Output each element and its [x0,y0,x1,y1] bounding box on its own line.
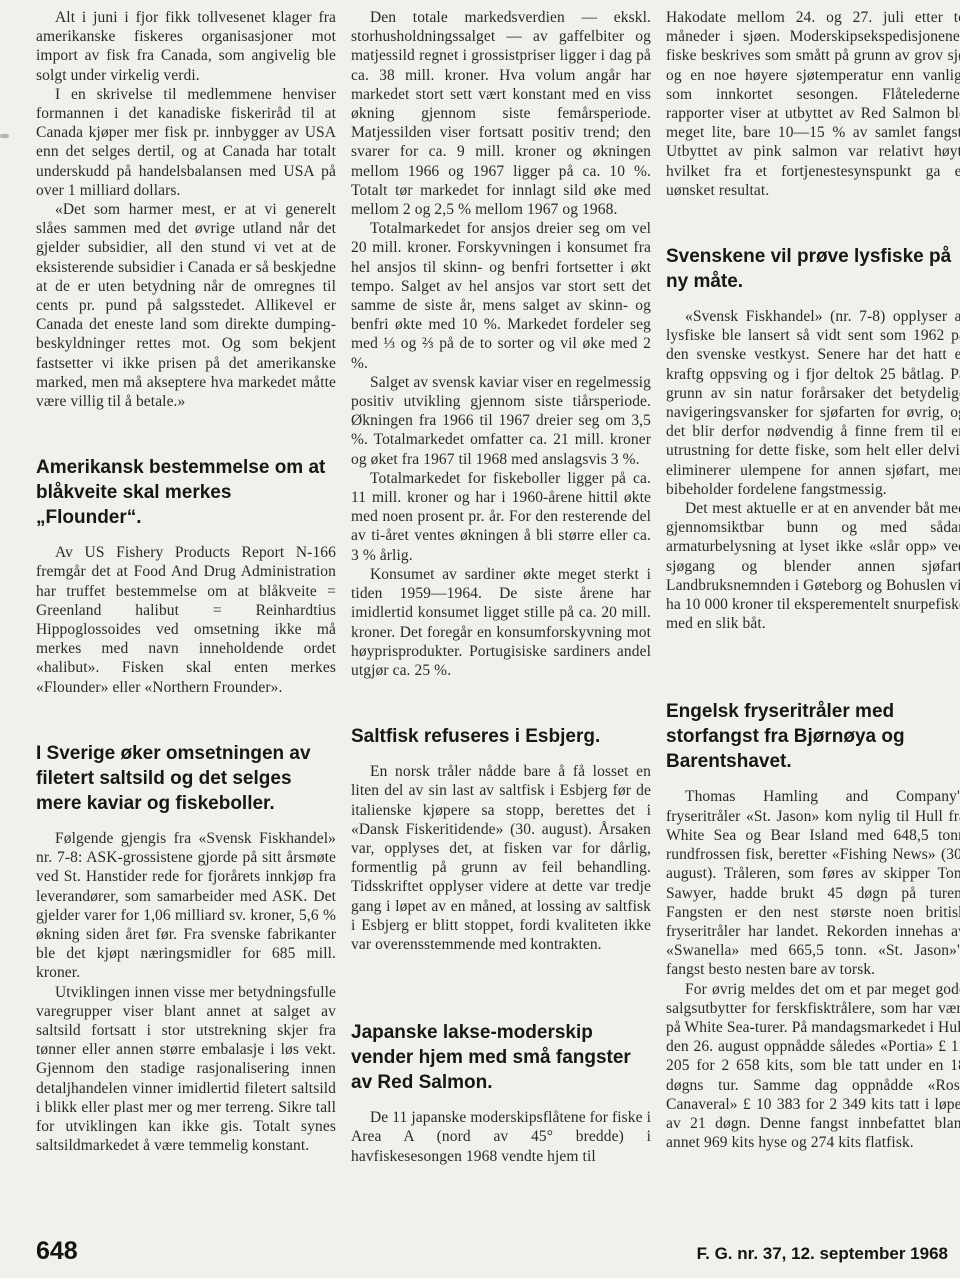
article-paragraph: Thomas Hamling and Company's fryseritrål… [666,787,960,979]
article-heading-flounder: Amerikansk bestemmelse om at blåkveite s… [36,455,336,530]
article-paragraph: «Svensk Fiskhandel» (nr. 7-8) opplyser a… [666,307,960,499]
article-paragraph: Den totale markedsverdien — ekskl. storh… [351,8,651,219]
article-heading-engelsk-fryseritraler: Engelsk fryseritråler med storfangst fra… [666,699,960,774]
article-heading-svenskene-lysfiske: Svenskene vil prøve lysfiske på ny måte. [666,244,960,294]
three-column-layout: Alt i juni i fjor fikk tollvesenet klage… [0,0,960,1248]
article-paragraph: Konsumet av sardiner økte meget sterkt i… [351,565,651,680]
article-heading-saltfisk-esbjerg: Saltfisk refuseres i Esbjerg. [351,724,651,749]
article-paragraph: «Det som harmer mest, er at vi generelt … [36,200,336,411]
article-paragraph: Hakodate mellom 24. og 27. juli etter to… [666,8,960,200]
text-column-right: Hakodate mellom 24. og 27. juli etter to… [666,8,960,1248]
page-number: 648 [36,1237,78,1266]
journal-issue-line: F. G. nr. 37, 12. september 1968 [697,1244,948,1264]
article-paragraph: Totalmarkedet for ansjos dreier seg om v… [351,219,651,373]
text-column-left: Alt i juni i fjor fikk tollvesenet klage… [36,8,336,1248]
article-heading-sverige-saltsild: I Sverige øker omsetningen av filetert s… [36,741,336,816]
article-paragraph: Totalmarkedet for fiskeboller ligger på … [351,469,651,565]
article-paragraph: Salget av svensk kaviar viser en regelme… [351,373,651,469]
text-column-middle: Den totale markedsverdien — ekskl. storh… [351,8,651,1248]
article-paragraph: De 11 japanske moderskipsflåtene for fis… [351,1108,651,1166]
article-paragraph: Følgende gjengis fra «Svensk Fiskhandel»… [36,829,336,983]
article-heading-japanske-moderskip: Japanske lakse-moderskip vender hjem med… [351,1020,651,1095]
article-paragraph: Av US Fishery Products Report N-166 frem… [36,543,336,697]
article-paragraph: For øvrig meldes det om et par meget god… [666,980,960,1153]
article-paragraph: Utviklingen innen visse mer betydningsfu… [36,983,336,1156]
journal-page: Alt i juni i fjor fikk tollvesenet klage… [0,0,960,1278]
scan-artifact-mark [0,134,9,138]
article-paragraph: I en skrivelse til medlemmene henviser f… [36,85,336,200]
article-paragraph: Alt i juni i fjor fikk tollvesenet klage… [36,8,336,85]
article-paragraph: Det mest aktuelle er at en anvender båt … [666,499,960,633]
article-paragraph: En norsk tråler nådde bare å få losset e… [351,762,651,954]
